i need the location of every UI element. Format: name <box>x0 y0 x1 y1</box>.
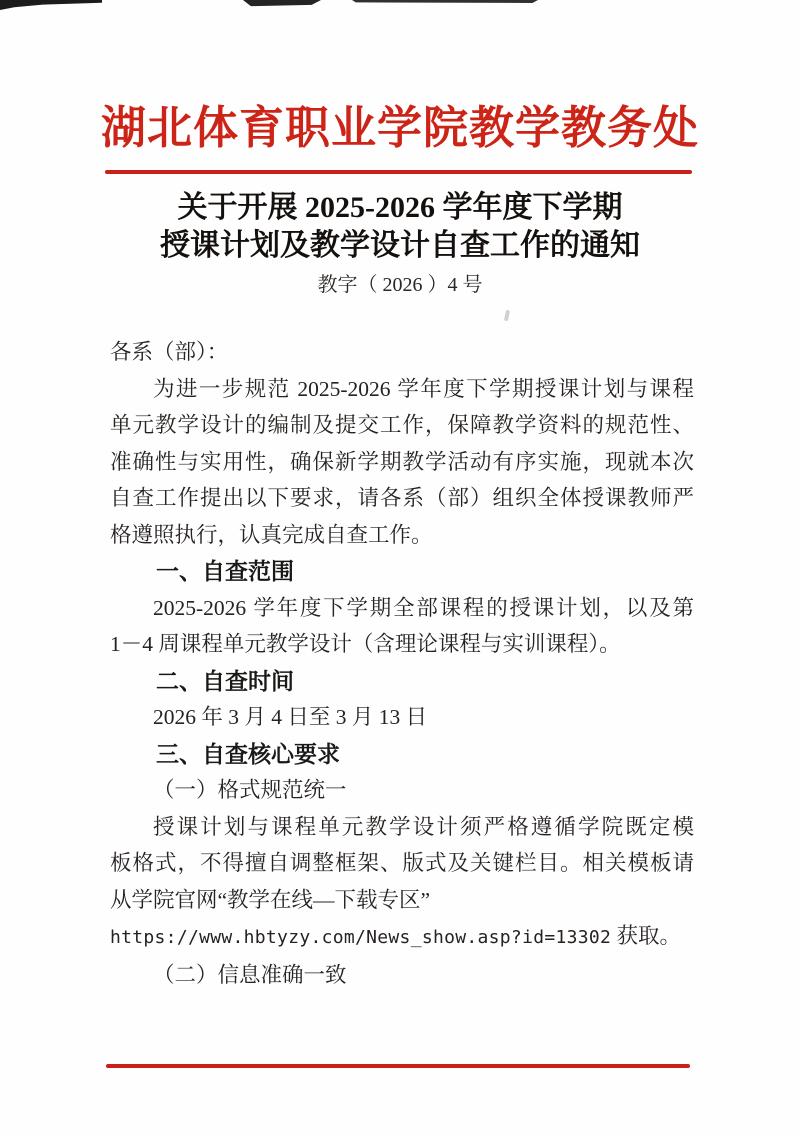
document-title-line2: 授课计划及教学设计自查工作的通知 <box>0 227 800 265</box>
scanned-notice-page: 湖北体育职业学院教学教务处 关于开展 2025-2026 学年度下学期 授课计划… <box>0 0 800 1136</box>
body-line: 板格式，不得擅自调整框架、版式及关键栏目。相关模板请 <box>110 845 694 882</box>
letterhead-rule <box>105 170 692 174</box>
template-download-line: https://www.hbtyzy.com/News_show.asp?id=… <box>110 918 694 957</box>
body-line: 从学院官网“教学在线—下载专区” <box>110 882 694 919</box>
template-url-text: https://www.hbtyzy.com/News_show.asp?id=… <box>110 927 611 948</box>
scan-artifact-top-middle <box>243 0 321 7</box>
scan-speck <box>504 310 510 322</box>
scan-artifact-top-right <box>352 0 538 4</box>
subsection-heading-1: （一）格式规范统一 <box>110 772 694 809</box>
url-suffix: 获取。 <box>611 924 681 948</box>
body-line: 自查工作提出以下要求，请各系（部）组织全体授课教师严 <box>110 480 694 517</box>
section-heading-3: 三、自查核心要求 <box>110 736 694 773</box>
body-line: 单元教学设计的编制及提交工作，保障教学资料的规范性、 <box>110 407 694 444</box>
section-heading-1: 一、自查范围 <box>110 553 694 590</box>
body-line: 为进一步规范 2025-2026 学年度下学期授课计划与课程 <box>110 371 694 408</box>
section-heading-2: 二、自查时间 <box>110 663 694 700</box>
letterhead-title: 湖北体育职业学院教学教务处 <box>0 98 800 158</box>
salutation: 各系（部）： <box>110 334 694 371</box>
body-line: 格遵照执行，认真完成自查工作。 <box>110 517 694 554</box>
scan-artifact-top-left <box>0 0 102 10</box>
subsection-heading-2: （二）信息准确一致 <box>110 957 694 994</box>
document-title: 关于开展 2025-2026 学年度下学期 授课计划及教学设计自查工作的通知 <box>0 189 800 265</box>
self-check-dates: 2026 年 3 月 4 日至 3 月 13 日 <box>110 699 694 736</box>
document-title-line1: 关于开展 2025-2026 学年度下学期 <box>0 189 800 227</box>
notice-body: 各系（部）： 为进一步规范 2025-2026 学年度下学期授课计划与课程 单元… <box>110 334 694 993</box>
body-line: 1－4 周课程单元教学设计（含理论课程与实训课程）。 <box>110 626 694 663</box>
body-line: 准确性与实用性，确保新学期教学活动有序实施，现就本次 <box>110 444 694 481</box>
body-line: 授课计划与课程单元教学设计须严格遵循学院既定模 <box>110 809 694 846</box>
footer-rule <box>106 1064 690 1068</box>
body-line: 2025-2026 学年度下学期全部课程的授课计划，以及第 <box>110 590 694 627</box>
document-number: 教字（ 2026 ）4 号 <box>0 272 800 298</box>
